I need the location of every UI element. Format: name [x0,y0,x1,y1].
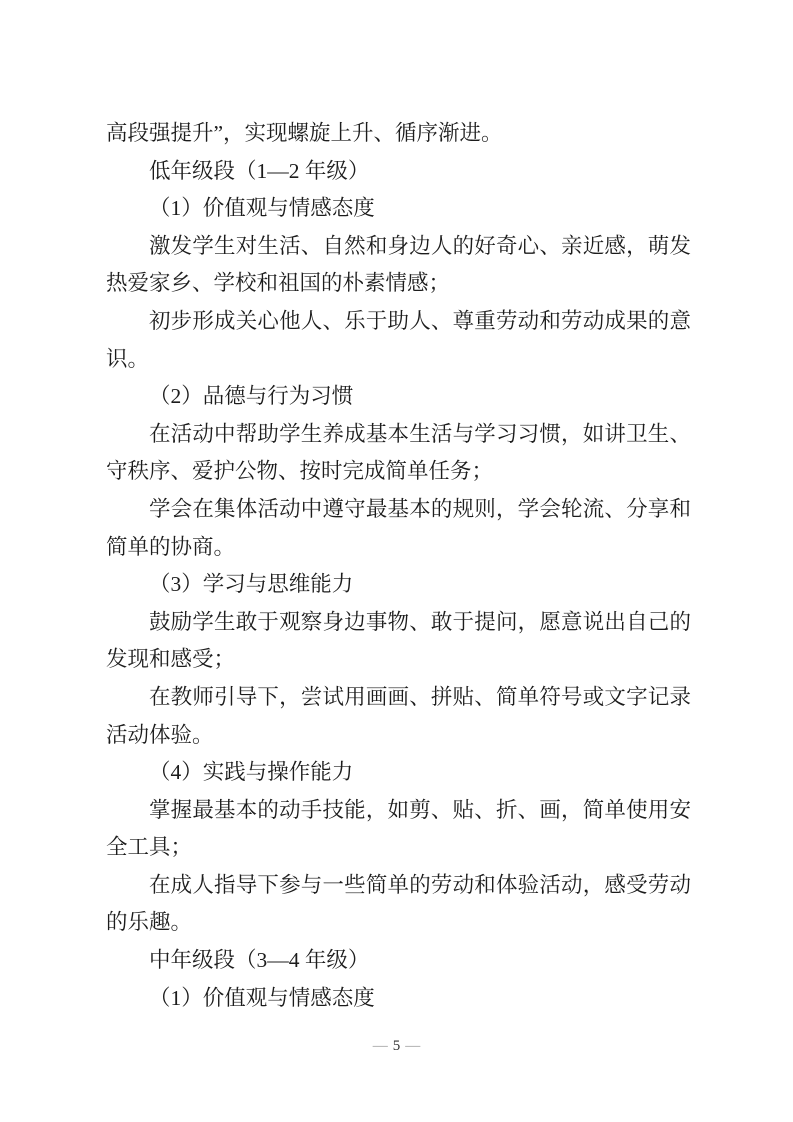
paragraph: （1）价值观与情感态度 [106,980,691,1018]
paragraph: 在活动中帮助学生养成基本生活与学习习惯，如讲卫生、守秩序、爱护公物、按时完成简单… [106,416,691,491]
paragraph: 中年级段（3—4 年级） [106,942,691,980]
paragraph: （1）价值观与情感态度 [106,190,691,228]
paragraph: 高段强提升”，实现螺旋上升、循序渐进。 [106,115,691,153]
paragraph: 在成人指导下参与一些简单的劳动和体验活动，感受劳动的乐趣。 [106,867,691,942]
paragraph: 激发学生对生活、自然和身边人的好奇心、亲近感，萌发热爱家乡、学校和祖国的朴素情感… [106,228,691,303]
page-footer: —5— [0,1036,793,1056]
paragraph: 低年级段（1—2 年级） [106,153,691,191]
footer-dash-right: — [400,1038,425,1054]
paragraph: 初步形成关心他人、乐于助人、尊重劳动和劳动成果的意识。 [106,303,691,378]
footer-dash-left: — [368,1038,393,1054]
paragraph: 鼓励学生敢于观察身边事物、敢于提问，愿意说出自己的发现和感受； [106,604,691,679]
paragraph: （2）品德与行为习惯 [106,378,691,416]
document-page: 高段强提升”，实现螺旋上升、循序渐进。低年级段（1—2 年级）（1）价值观与情感… [0,0,793,1122]
paragraph: 学会在集体活动中遵守最基本的规则，学会轮流、分享和简单的协商。 [106,491,691,566]
paragraph: 掌握最基本的动手技能，如剪、贴、折、画，简单使用安全工具； [106,792,691,867]
paragraph: （3）学习与思维能力 [106,566,691,604]
paragraph: （4）实践与操作能力 [106,754,691,792]
paragraph: 在教师引导下，尝试用画画、拼贴、简单符号或文字记录活动体验。 [106,679,691,754]
document-body: 高段强提升”，实现螺旋上升、循序渐进。低年级段（1—2 年级）（1）价值观与情感… [106,115,691,1017]
